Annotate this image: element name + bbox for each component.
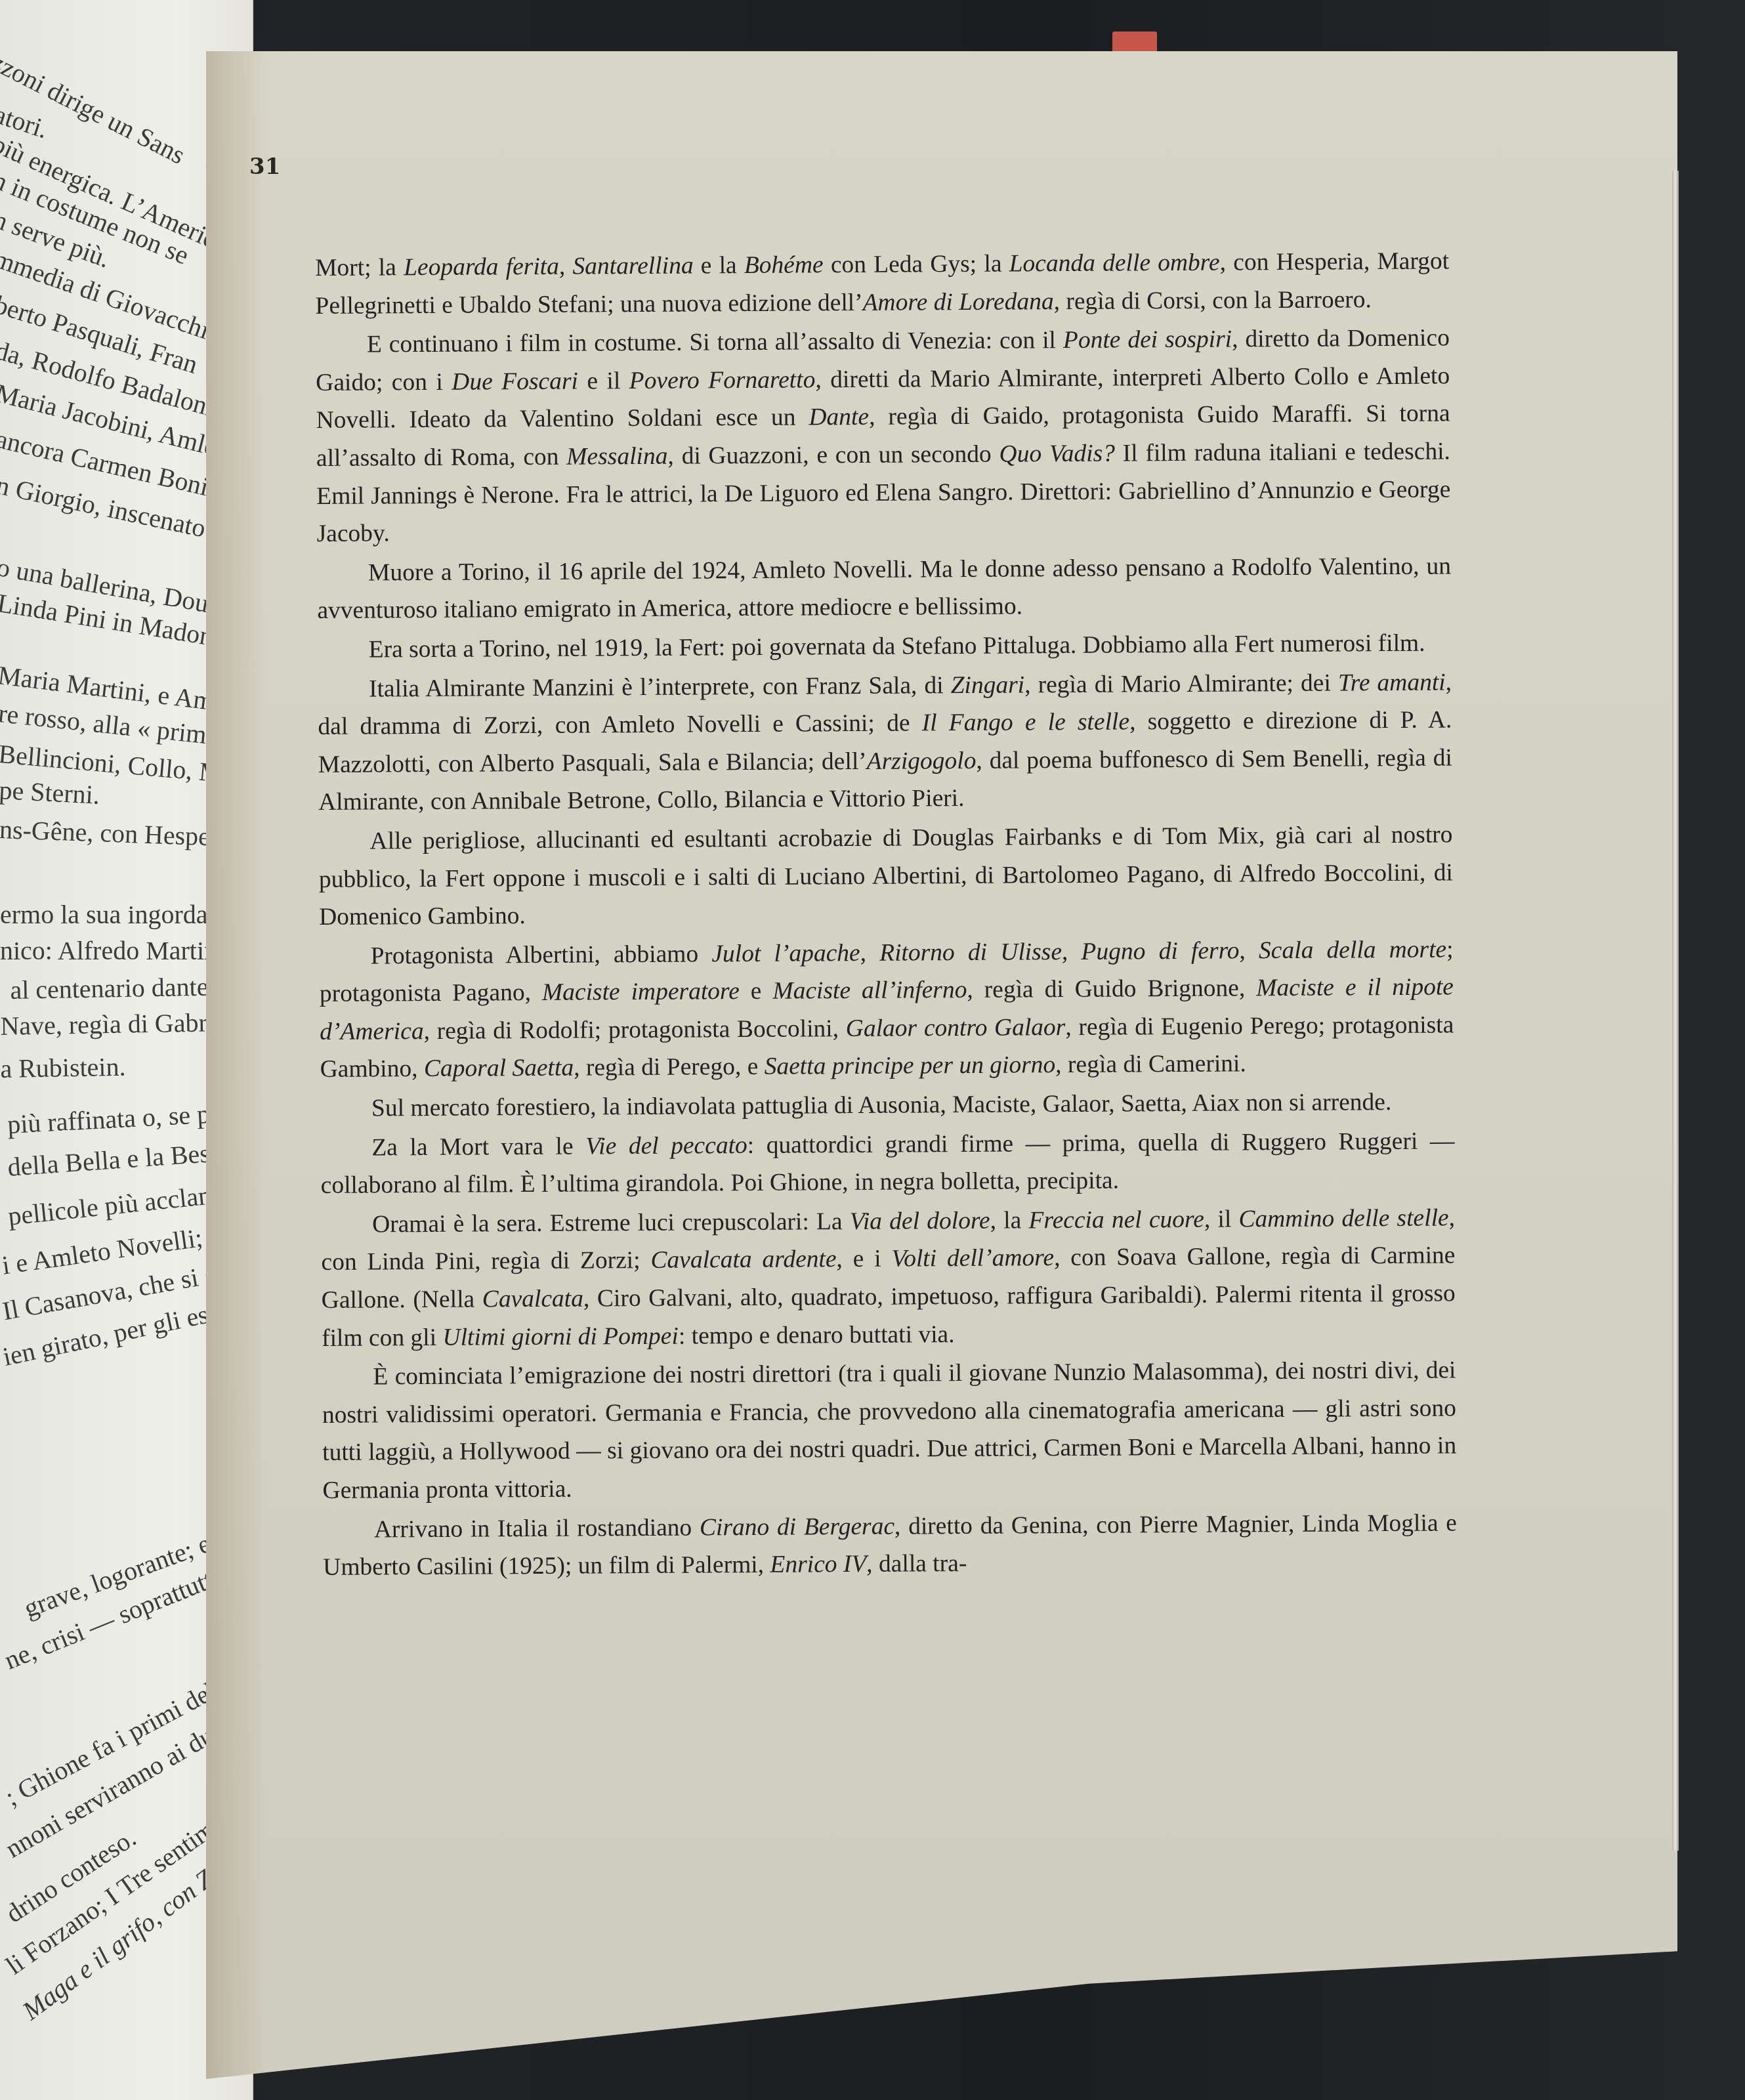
- text-run: ,: [559, 253, 573, 280]
- paragraph: È cominciata l’emigrazione dei nostri di…: [322, 1352, 1456, 1510]
- italic-title: Saetta principe per un giorno: [764, 1052, 1055, 1081]
- paragraph: E continuano i film in costume. Si torna…: [316, 320, 1451, 553]
- italic-title: Julot l’apache: [711, 940, 860, 967]
- italic-title: Messalina: [566, 443, 667, 471]
- italic-title: Cammino delle stelle: [1238, 1204, 1448, 1232]
- italic-title: Enrico IV: [770, 1551, 866, 1578]
- text-run: e: [740, 978, 773, 1005]
- text-run: ,: [1062, 938, 1082, 965]
- italic-title: Via del dolore: [850, 1207, 990, 1235]
- italic-title: Volti dell’amore: [891, 1245, 1054, 1273]
- text-run: Era sorta a Torino, nel 1919, la Fert: p…: [369, 630, 1425, 663]
- paragraph: Italia Almirante Manzini è l’interprete,…: [318, 663, 1452, 822]
- italic-title: Zingari: [951, 671, 1025, 699]
- page-number: 31: [249, 154, 280, 180]
- text-run: , regìa di Mario Almirante; dei: [1024, 669, 1338, 698]
- italic-title: Freccia nel cuore: [1028, 1206, 1204, 1234]
- italic-title: Scala della morte: [1259, 936, 1446, 964]
- body-text: Mort; la Leoparda ferita, Santarellina e…: [315, 242, 1457, 1587]
- italic-title: Cavalcata ardente: [650, 1246, 836, 1274]
- italic-title: Leoparda ferita: [404, 253, 559, 281]
- italic-title: Ultimi giorni di Pompei: [442, 1322, 679, 1351]
- text-run: Alle perigliose, allucinanti ed esultant…: [319, 821, 1453, 931]
- italic-title: Il Fango e le stelle: [922, 709, 1130, 737]
- page-edge: [1672, 171, 1679, 1851]
- italic-title: Maciste all’inferno: [772, 976, 967, 1005]
- text-run: Mort; la: [315, 254, 404, 282]
- paragraph: Muore a Torino, il 16 aprile del 1924, A…: [317, 547, 1452, 630]
- italic-title: Arzigogolo: [867, 747, 977, 775]
- italic-title: Cirano di Bergerac: [700, 1513, 894, 1541]
- italic-title: Locanda delle ombre: [1009, 249, 1220, 278]
- text-run: , il: [1204, 1206, 1239, 1232]
- paragraph: Sul mercato forestiero, la indiavolata p…: [320, 1083, 1454, 1127]
- left-page-text-fragment: pe Sterni.: [0, 774, 100, 810]
- text-run: Oramai è la sera. Estreme luci crepuscol…: [372, 1208, 850, 1238]
- text-run: con Leda Gys; la: [824, 251, 1009, 279]
- text-run: Sul mercato forestiero, la indiavolata p…: [371, 1089, 1392, 1122]
- paragraph: Za la Mort vara le Vie del peccato: quat…: [320, 1122, 1455, 1205]
- italic-title: Tre amanti: [1338, 669, 1446, 696]
- paragraph: Era sorta a Torino, nel 1919, la Fert: p…: [318, 624, 1452, 669]
- paragraph: Alle perigliose, allucinanti ed esultant…: [318, 816, 1453, 936]
- text-run: , regìa di Perego, e: [574, 1053, 765, 1081]
- text-run: , regìa di Camerini.: [1055, 1051, 1246, 1079]
- italic-title: Ritorno di Ulisse: [879, 938, 1062, 967]
- red-bookmark-ribbon: [1112, 31, 1157, 54]
- italic-title: Ponte dei sospiri: [1063, 326, 1232, 354]
- italic-title: Pugno di ferro: [1081, 937, 1239, 965]
- text-run: E continuano i film in costume. Si torna…: [367, 327, 1063, 358]
- text-run: : tempo e denaro buttati via.: [679, 1321, 955, 1350]
- text-run: , di Guazzoni, e con un secondo: [667, 441, 999, 470]
- italic-title: Amore di Loredana: [863, 288, 1054, 316]
- italic-title: Povero Fornaretto: [629, 366, 816, 394]
- gutter-shadow: [206, 51, 265, 2079]
- italic-title: Dante: [809, 404, 869, 431]
- paragraph: Arrivano in Italia il rostandiano Cirano…: [323, 1504, 1458, 1587]
- italic-title: Maciste imperatore: [542, 978, 740, 1006]
- paragraph: Protagonista Albertini, abbiamo Julot l’…: [319, 931, 1454, 1089]
- italic-title: Galaor contro Galaor: [846, 1014, 1066, 1042]
- left-page-text-fragment: a Rubistein.: [0, 1051, 126, 1084]
- text-run: Za la Mort vara le: [371, 1133, 585, 1161]
- italic-title: Due Foscari: [452, 367, 578, 395]
- text-run: , e i: [836, 1246, 891, 1273]
- italic-title: Quo Vadis?: [999, 440, 1115, 468]
- text-run: Arrivano in Italia il rostandiano: [374, 1514, 700, 1543]
- text-run: ,: [1239, 937, 1259, 964]
- text-run: e la: [693, 252, 744, 279]
- text-run: , regìa di Corsi, con la Barroero.: [1053, 286, 1371, 315]
- text-run: Muore a Torino, il 16 aprile del 1924, A…: [317, 553, 1451, 624]
- text-run: , dalla tra-: [866, 1550, 967, 1578]
- text-run: Protagonista Albertini, abbiamo: [370, 940, 711, 969]
- italic-title: Vie del peccato: [585, 1132, 747, 1160]
- text-run: È cominciata l’emigrazione dei nostri di…: [322, 1357, 1457, 1504]
- text-run: , regìa di Guido Brignone,: [967, 975, 1256, 1004]
- italic-title: Caporal Saetta: [424, 1055, 574, 1082]
- text-run: , regìa di Rodolfi; protagonista Boccoli…: [423, 1015, 845, 1045]
- paragraph: Oramai è la sera. Estreme luci crepuscol…: [321, 1199, 1456, 1357]
- italic-title: Cavalcata: [482, 1286, 583, 1313]
- italic-title: Santarellina: [572, 252, 693, 280]
- text-run: e il: [578, 367, 629, 394]
- text-run: ,: [860, 939, 880, 966]
- italic-title: Bohéme: [744, 251, 824, 279]
- text-run: , la: [990, 1207, 1029, 1234]
- text-run: Italia Almirante Manzini è l’interprete,…: [369, 672, 951, 702]
- paragraph: Mort; la Leoparda ferita, Santarellina e…: [315, 242, 1450, 325]
